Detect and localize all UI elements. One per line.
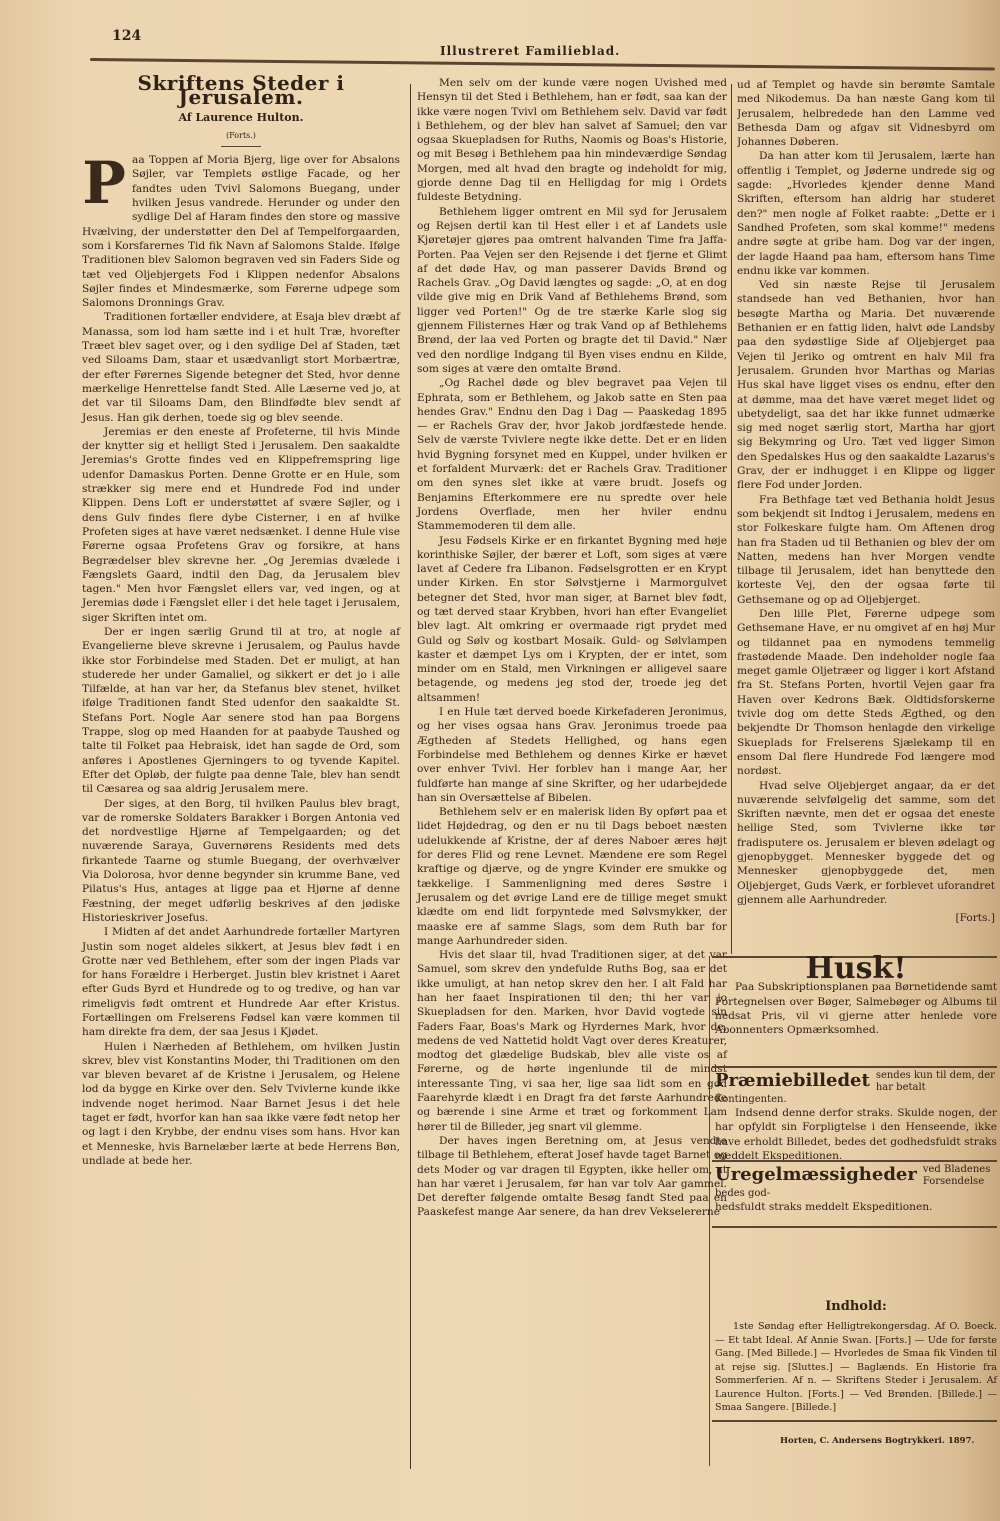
contents-text: 1ste Søndag efter Helligtrekongersdag. A… [715,1320,997,1415]
paragraph: „Og Rachel døde og blev begravet paa Vej… [417,376,727,533]
printer-imprint: Horten, C. Andersens Bogtrykkeri. 1897. [780,1436,974,1446]
section-rule [712,1160,997,1162]
section-rule [712,1066,997,1068]
paragraph: Hvad selve Oljebjerget angaar, da er det… [737,779,995,908]
notice-irregularities: Uregelmæssigheder ved Bladenes Forsendel… [715,1164,997,1214]
article-title: Skriftens Steder i Jerusalem. [82,76,400,105]
article-column-2: Men selv om der kunde være nogen Uvished… [417,76,727,1220]
paragraph: Traditionen fortæller endvidere, at Esaj… [82,310,400,424]
article-column-3: ud af Templet og havde sin berømte Samta… [737,78,995,926]
paragraph: Der er ingen særlig Grund til at tro, at… [82,625,400,797]
notice-text: Indsend denne derfor straks. Skulde noge… [715,1106,997,1163]
paragraph: Jesu Fødsels Kirke er en firkantet Bygni… [417,534,727,706]
header-rule [90,58,995,70]
contents-title: Indhold: [715,1300,997,1314]
paragraph: Ved sin næste Rejse til Jerusalem stands… [737,278,995,492]
ornamental-dropcap: P [82,155,126,217]
paragraph: Der haves ingen Beretning om, at Jesus v… [417,1134,727,1220]
notice-heading: Præmiebilledet [715,1070,870,1092]
section-rule [712,1420,997,1422]
article-byline: Af Laurence Hulton. [82,111,400,125]
notice-heading: Uregelmæssigheder [715,1164,917,1186]
section-rule [712,1226,997,1228]
title-rule [221,146,261,147]
notice-text: hedsfuldt straks meddelt Ekspeditionen. [715,1200,997,1214]
notice-premium-picture: Præmiebilledet sendes kun til dem, der h… [715,1070,997,1163]
column-divider [731,84,732,954]
notice-title: Husk! [715,962,997,976]
paragraph: I Midten af det andet Aarhundrede fortæl… [82,925,400,1039]
table-of-contents: Indhold: 1ste Søndag efter Helligtrekong… [715,1300,997,1415]
page-number: 124 [112,28,141,44]
paragraph: Paa Toppen af Moria Bjerg, lige over for… [82,153,400,310]
paragraph: Den lille Plet, Førerne udpege som Geths… [737,607,995,779]
paragraph: I en Hule tæt derved boede Kirkefaderen … [417,705,727,805]
running-title: Illustreret Familieblad. [440,44,620,58]
paragraph: Bethlehem ligger omtrent en Mil syd for … [417,205,727,377]
paragraph: Jeremias er den eneste af Profeterne, ti… [82,425,400,625]
paragraph: Da han atter kom til Jerusalem, lærte ha… [737,149,995,278]
continued-note: (Forts.) [82,129,400,143]
paragraph: Hvis det slaar til, hvad Traditionen sig… [417,948,727,1134]
notice-text: Paa Subskriptionsplanen paa Børnetidende… [715,980,997,1037]
paragraph: ud af Templet og havde sin berømte Samta… [737,78,995,149]
column-divider [410,84,411,1469]
continued-mark: [Forts.] [737,911,995,925]
paragraph: Men selv om der kunde være nogen Uvished… [417,76,727,205]
paragraph: Der siges, at den Borg, til hvilken Paul… [82,797,400,926]
paragraph: Fra Bethfage tæt ved Bethania holdt Jesu… [737,493,995,607]
paragraph: Bethlehem selv er en malerisk liden By o… [417,805,727,948]
article-column-1: Skriftens Steder i Jerusalem. Af Laurenc… [82,72,400,1168]
paragraph: Hulen i Nærheden af Bethlehem, om hvilke… [82,1040,400,1169]
notice-husk: Husk! Paa Subskriptionsplanen paa Børnet… [715,962,997,1037]
